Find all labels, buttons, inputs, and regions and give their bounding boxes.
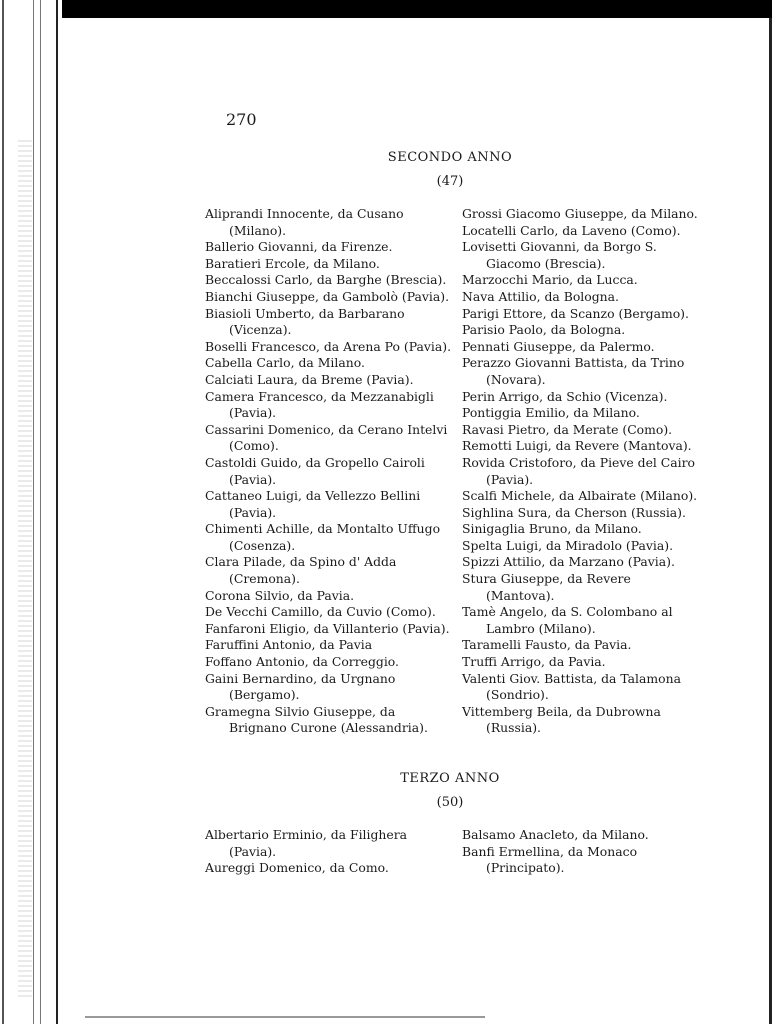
list-item: Parigi Ettore, da Scanzo (Bergamo). <box>462 306 702 323</box>
section-title-terzo-anno: TERZO ANNO <box>200 771 700 786</box>
list-item: Truffi Arrigo, da Pavia. <box>462 654 702 671</box>
list-item: Foffano Antonio, da Correggio. <box>205 654 453 671</box>
list-item: Nava Attilio, da Bologna. <box>462 289 702 306</box>
list-item: Boselli Francesco, da Arena Po (Pavia). <box>205 339 453 356</box>
list-item: Gramegna Silvio Giuseppe, da Brignano Cu… <box>205 704 453 737</box>
list-item: Spizzi Attilio, da Marzano (Pavia). <box>462 554 702 571</box>
list-item: Sinigaglia Bruno, da Milano. <box>462 521 702 538</box>
list-item: Calciati Laura, da Breme (Pavia). <box>205 372 453 389</box>
list-item: Chimenti Achille, da Montalto Uffugo (Co… <box>205 521 453 554</box>
list-item: Balsamo Anacleto, da Milano. <box>462 827 702 844</box>
scan-bottom-mark <box>85 1016 485 1018</box>
list-item: Stura Giuseppe, da Revere (Mantova). <box>462 571 702 604</box>
list-item: Camera Francesco, da Mezzanabigli (Pavia… <box>205 389 453 422</box>
list-item: Cassarini Domenico, da Cerano Intelvi (C… <box>205 422 453 455</box>
list-item: Remotti Luigi, da Revere (Mantova). <box>462 438 702 455</box>
list-item: Scalfi Michele, da Albairate (Milano). <box>462 488 702 505</box>
list-item: Corona Silvio, da Pavia. <box>205 588 453 605</box>
list-item: Beccalossi Carlo, da Barghe (Brescia). <box>205 272 453 289</box>
list-item: Albertario Erminio, da Filighera (Pavia)… <box>205 827 453 860</box>
list-item: Lovisetti Giovanni, da Borgo S. Giacomo … <box>462 239 702 272</box>
list-item: Bianchi Giuseppe, da Gambolò (Pavia). <box>205 289 453 306</box>
list-item: Aliprandi Innocente, da Cusano (Milano). <box>205 206 453 239</box>
list-item: Castoldi Guido, da Gropello Cairoli (Pav… <box>205 455 453 488</box>
list-item: Pontiggia Emilio, da Milano. <box>462 405 702 422</box>
list-item: Perin Arrigo, da Schio (Vicenza). <box>462 389 702 406</box>
scan-top-border <box>0 0 772 18</box>
list-item: Tamè Angelo, da S. Colombano al Lambro (… <box>462 604 702 637</box>
list-item: Cattaneo Luigi, da Vellezzo Bellini (Pav… <box>205 488 453 521</box>
list-item: Pennati Giuseppe, da Palermo. <box>462 339 702 356</box>
list-item: Grossi Giacomo Giuseppe, da Milano. <box>462 206 702 223</box>
list-item: Perazzo Giovanni Battista, da Trino (Nov… <box>462 355 702 388</box>
list-item: Rovida Cristoforo, da Pieve del Cairo (P… <box>462 455 702 488</box>
page-number: 270 <box>226 110 257 129</box>
list-item: Aureggi Domenico, da Como. <box>205 860 453 877</box>
list-item: Ravasi Pietro, da Merate (Como). <box>462 422 702 439</box>
list-item: De Vecchi Camillo, da Cuvio (Como). <box>205 604 453 621</box>
list-item: Taramelli Fausto, da Pavia. <box>462 637 702 654</box>
list-item: Ballerio Giovanni, da Firenze. <box>205 239 453 256</box>
list-item: Vittemberg Beila, da Dubrowna (Russia). <box>462 704 702 737</box>
terzo-anno-left-column: Albertario Erminio, da Filighera (Pavia)… <box>205 827 453 877</box>
list-item: Marzocchi Mario, da Lucca. <box>462 272 702 289</box>
spine-texture <box>18 140 32 1000</box>
list-item: Banfi Ermellina, da Monaco (Principato). <box>462 844 702 877</box>
list-item: Sighlina Sura, da Cherson (Russia). <box>462 505 702 522</box>
terzo-anno-right-column: Balsamo Anacleto, da Milano. Banfi Ermel… <box>462 827 702 877</box>
section-title-secondo-anno: SECONDO ANNO <box>200 150 700 165</box>
list-item: Clara Pilade, da Spino d' Adda (Cremona)… <box>205 554 453 587</box>
section-count-terzo-anno: (50) <box>200 795 700 810</box>
section-count-secondo-anno: (47) <box>200 174 700 189</box>
secondo-anno-left-column: Aliprandi Innocente, da Cusano (Milano).… <box>205 206 453 737</box>
list-item: Valenti Giov. Battista, da Talamona (Son… <box>462 671 702 704</box>
list-item: Cabella Carlo, da Milano. <box>205 355 453 372</box>
list-item: Fanfaroni Eligio, da Villanterio (Pavia)… <box>205 621 453 638</box>
list-item: Gaini Bernardino, da Urgnano (Bergamo). <box>205 671 453 704</box>
list-item: Baratieri Ercole, da Milano. <box>205 256 453 273</box>
secondo-anno-right-column: Grossi Giacomo Giuseppe, da Milano. Loca… <box>462 206 702 737</box>
list-item: Parisio Paolo, da Bologna. <box>462 322 702 339</box>
list-item: Faruffini Antonio, da Pavia <box>205 637 453 654</box>
list-item: Spelta Luigi, da Miradolo (Pavia). <box>462 538 702 555</box>
list-item: Biasioli Umberto, da Barbarano (Vicenza)… <box>205 306 453 339</box>
list-item: Locatelli Carlo, da Laveno (Como). <box>462 223 702 240</box>
